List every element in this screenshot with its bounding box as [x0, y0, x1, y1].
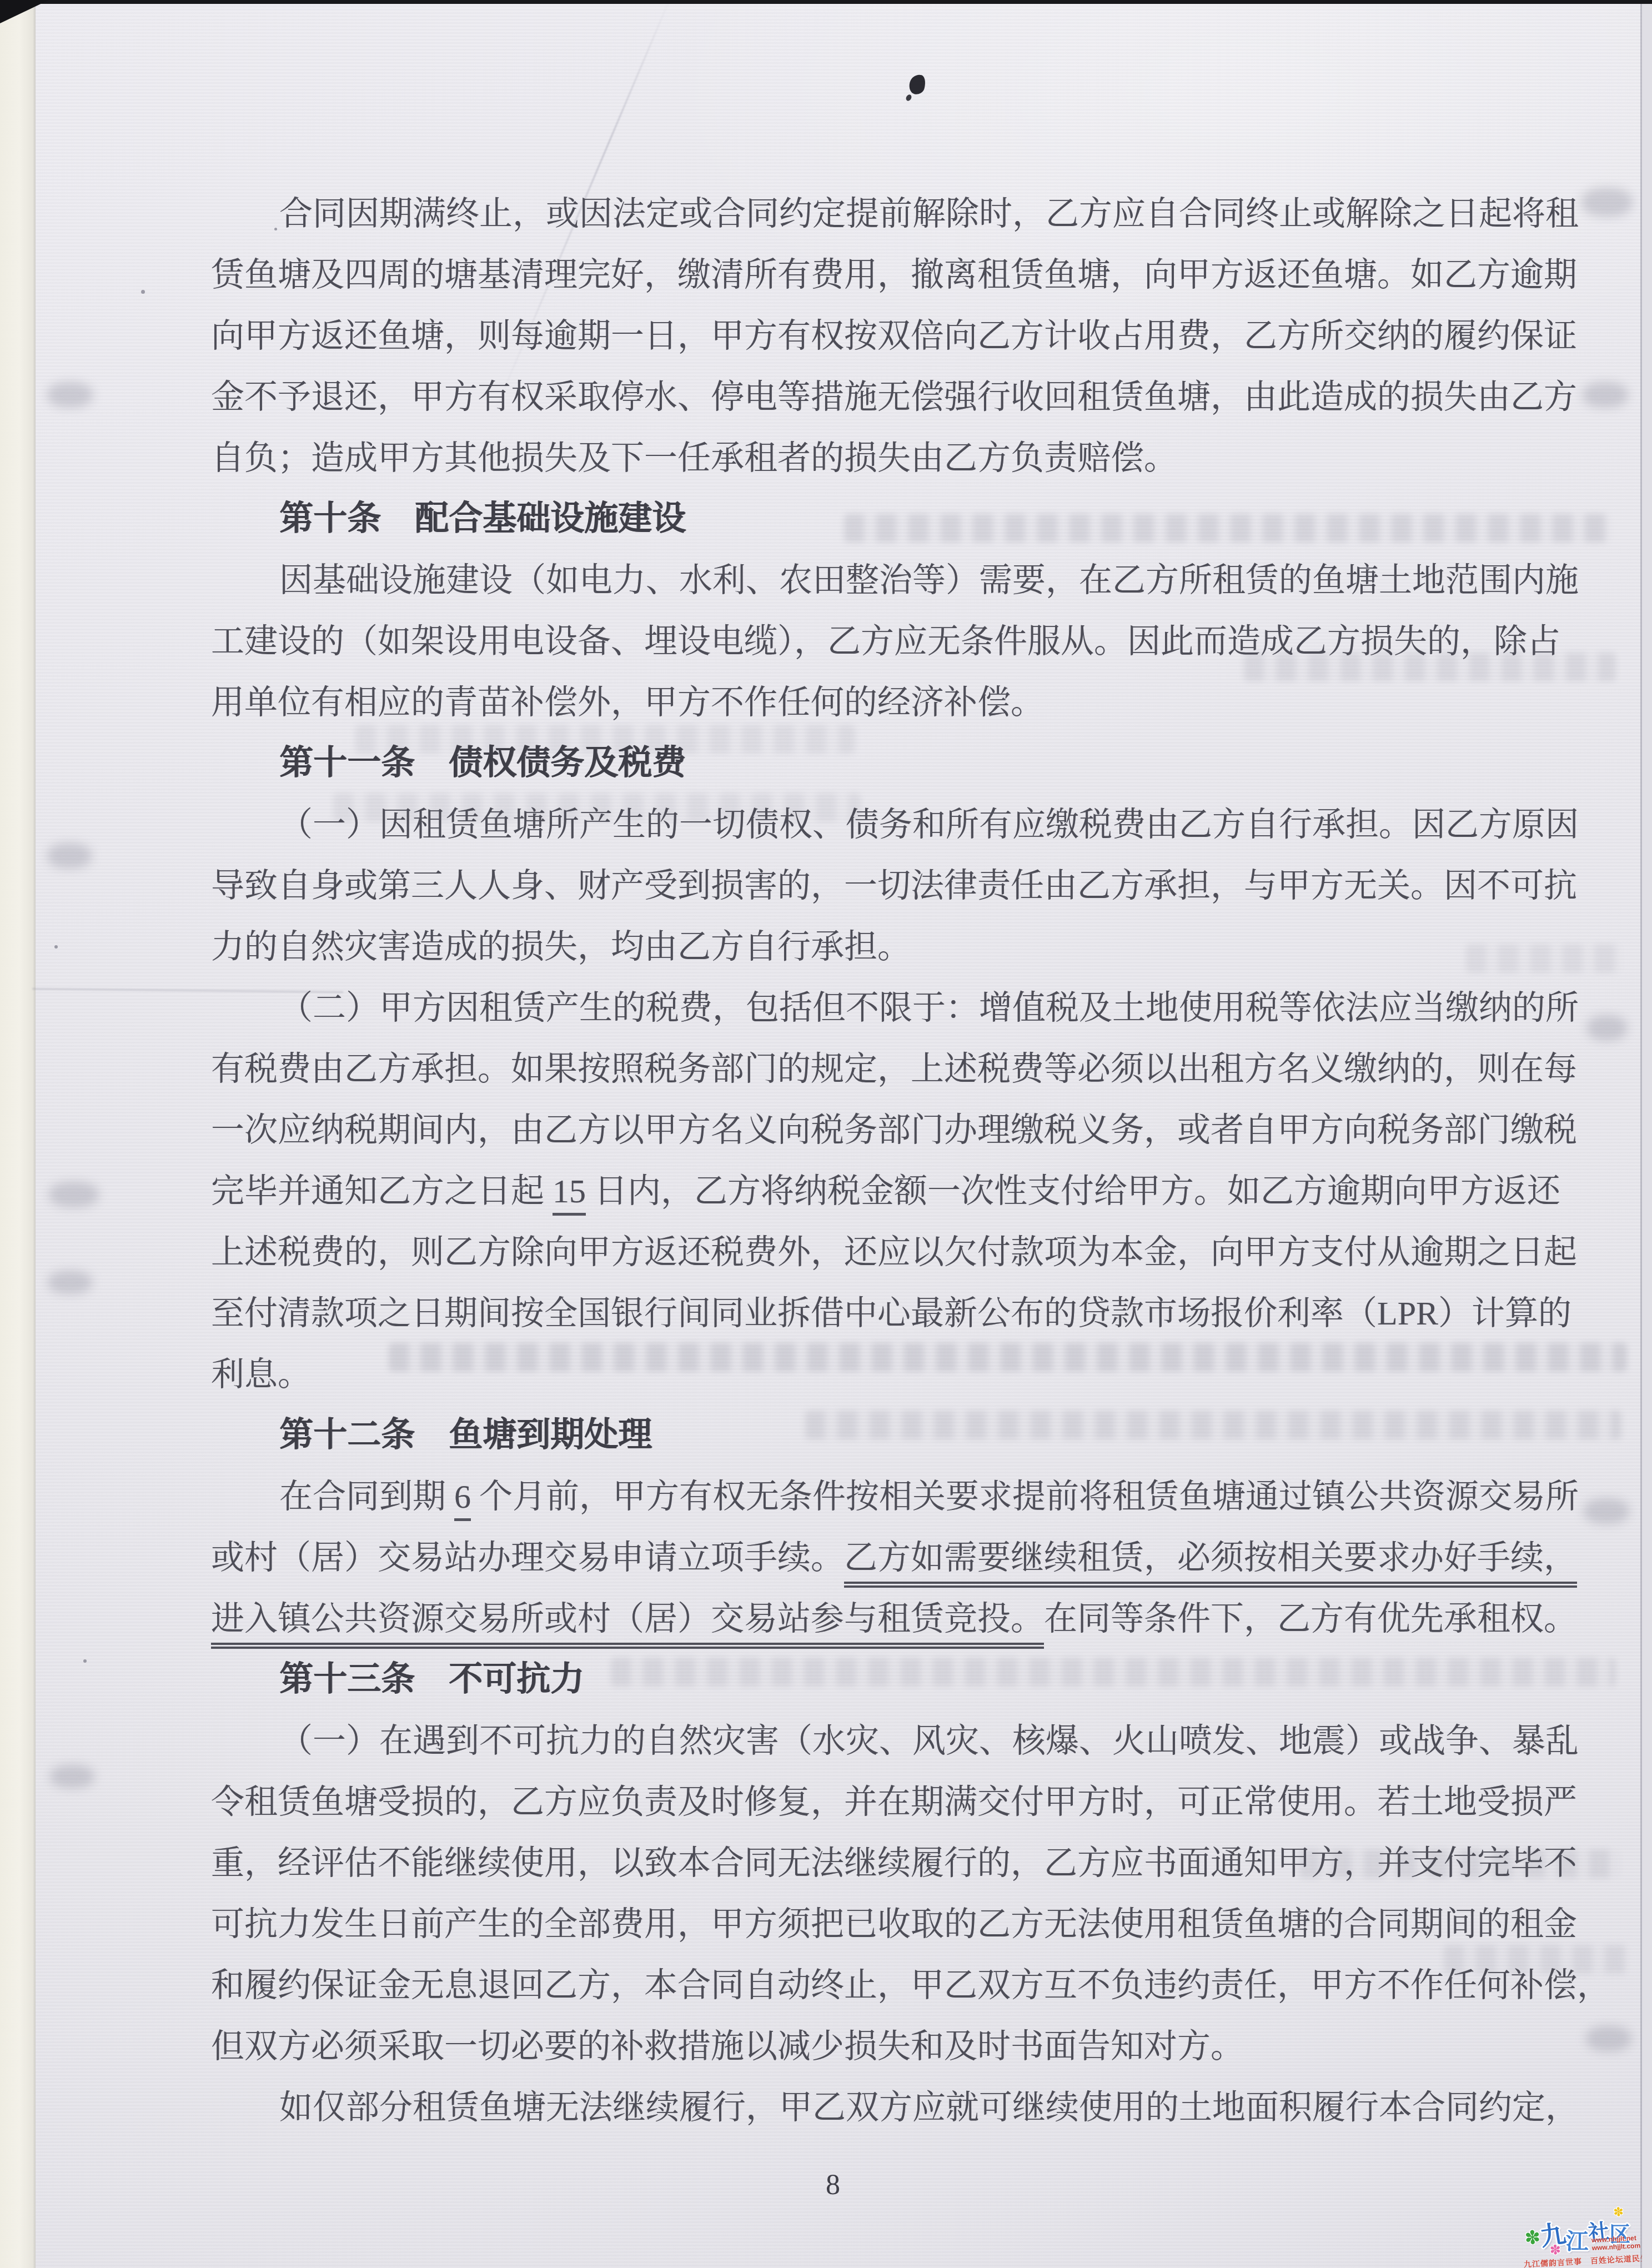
text-segment: 导致自身或第三人人身、财产受到损害的，一切法律责任由乙方承担，与甲方无关。因不可… [211, 867, 1577, 904]
paper-speck [141, 290, 145, 294]
text-segment: 有税费由乙方承担。如果按照税务部门的规定，上述税费等必须以出租方名义缴纳的，则在… [211, 1051, 1577, 1087]
watermark-character: 江 [1565, 2223, 1589, 2256]
bleedthrough-smudge [50, 1765, 94, 1788]
page-right-margin [1642, 0, 1652, 2268]
contract-line: 自负；造成甲方其他损失及下一任承租者的损失由乙方负责赔偿。 [211, 428, 1585, 489]
contract-line: 一次应纳税期间内，由乙方以甲方名义向税务部门办理缴税义务，或者自甲方向税务部门缴… [211, 1100, 1585, 1161]
contract-line: 工建设的（如架设用电设备、埋设电缆），乙方应无条件服从。因此而造成乙方损失的，除… [211, 611, 1585, 672]
text-segment: （二）甲方因租赁产生的税费，包括但不限于：增值税及土地使用税等依法应当缴纳的所 [279, 990, 1579, 1026]
contract-line: 重，经评估不能继续使用，以致本合同无法继续履行的，乙方应书面通知甲方，并支付完毕… [211, 1833, 1585, 1894]
text-segment: 可抗力发生日前产生的全部费用，甲方须把已收取的乙方无法使用租赁鱼塘的合同期间的租… [211, 1906, 1577, 1943]
paper-speck [54, 945, 58, 949]
contract-line: （一）在遇到不可抗力的自然灾害（水灾、风灾、核爆、火山喷发、地震）或战争、暴乱 [211, 1710, 1585, 1772]
bleedthrough-smudge [1581, 188, 1633, 217]
bleedthrough-smudge [1584, 1498, 1629, 1524]
text-segment: 一次应纳税期间内，由乙方以甲方名义向税务部门办理缴税义务，或者自甲方向税务部门缴… [211, 1112, 1577, 1148]
contract-line: 进入镇公共资源交易所或村（居）交易站参与租赁竞投。在同等条件下，乙方有优先承租权… [211, 1588, 1585, 1649]
text-segment: 重，经评估不能继续使用，以致本合同无法继续履行的，乙方应书面通知甲方，并支付完毕… [211, 1845, 1577, 1881]
contract-line: 令租赁鱼塘受损的，乙方应负责及时修复，并在期满交付甲方时，可正常使用。若土地受损… [211, 1772, 1585, 1833]
text-segment: 第十条 配合基础设施建设 [279, 500, 686, 538]
underlined-text: 乙方如需要继续租赁，必须按相关要求办好手续， [844, 1539, 1577, 1588]
scanner-corner-shadow [0, 0, 49, 23]
text-segment: 如仅部分租赁鱼塘无法继续履行，甲乙双方应就可继续使用的土地面积履行本合同约定， [279, 2089, 1579, 2126]
article-heading: 第十三条 不可抗力 [211, 1649, 1585, 1710]
text-segment: 第十三条 不可抗力 [279, 1661, 584, 1698]
scanned-contract-page: 合同因期满终止，或因法定或合同约定提前解除时，乙方应自合同终止或解除之日起将租赁… [0, 0, 1652, 2268]
text-segment: 令租赁鱼塘受损的，乙方应负责及时修复，并在期满交付甲方时，可正常使用。若土地受损… [211, 1784, 1577, 1820]
contract-line: 合同因期满终止，或因法定或合同约定提前解除时，乙方应自合同终止或解除之日起将租 [211, 183, 1585, 244]
text-segment: 向甲方返还鱼塘，则每逾期一日，甲方有权按双倍向乙方计收占用费，乙方所交纳的履约保… [211, 318, 1577, 354]
bleedthrough-smudge [48, 1271, 92, 1294]
bleedthrough-smudge [49, 1182, 99, 1207]
text-segment: 赁鱼塘及四周的塘基清理完好，缴清所有费用，撤离租赁鱼塘，向甲方返还鱼塘。如乙方逾… [211, 257, 1577, 293]
contract-line: 如仅部分租赁鱼塘无法继续履行，甲乙双方应就可继续使用的土地面积履行本合同约定， [211, 2077, 1585, 2138]
contract-line: 用单位有相应的青苗补偿外，甲方不作任何的经济补偿。 [211, 672, 1585, 733]
contract-line: 上述税费的，则乙方除向甲方返还税费外，还应以欠付款项为本金，向甲方支付从逾期之日… [211, 1222, 1585, 1283]
contract-line: 导致自身或第三人人身、财产受到损害的，一切法律责任由乙方承担，与甲方无关。因不可… [211, 855, 1585, 916]
contract-line: 金不予退还，甲方有权采取停水、停电等措施无偿强行收回租赁鱼塘，由此造成的损失由乙… [211, 367, 1585, 428]
bleedthrough-smudge [47, 382, 93, 408]
text-segment: 第十一条 债权债务及税费 [279, 745, 686, 782]
underlined-text: 15 [553, 1173, 586, 1216]
contract-line: 或村（居）交易站办理交易申请立项手续。乙方如需要继续租赁，必须按相关要求办好手续… [211, 1527, 1585, 1588]
text-segment: 自负；造成甲方其他损失及下一任承租者的损失由乙方负责赔偿。 [211, 440, 1177, 476]
text-segment: 在同等条件下，乙方有优先承租权。 [1044, 1600, 1577, 1637]
underlined-text: 进入镇公共资源交易所或村（居）交易站参与租赁竞投。 [211, 1600, 1044, 1649]
contract-line: 和履约保证金无息退回乙方，本合同自动终止，甲乙双方互不负违约责任，甲方不作任何补… [211, 1955, 1585, 2016]
page-number: 8 [811, 2169, 855, 2201]
text-segment: 金不予退还，甲方有权采取停水、停电等措施无偿强行收回租赁鱼塘，由此造成的损失由乙… [211, 379, 1577, 415]
text-segment: 用单位有相应的青苗补偿外，甲方不作任何的经济补偿。 [211, 684, 1044, 721]
text-segment: 日内，乙方将纳税金额一次性支付给甲方。如乙方逾期向甲方返还 [586, 1173, 1560, 1210]
contract-line: 赁鱼塘及四周的塘基清理完好，缴清所有费用，撤离租赁鱼塘，向甲方返还鱼塘。如乙方逾… [211, 244, 1585, 305]
contract-line: （一）因租赁鱼塘所产生的一切债权、债务和所有应缴税费由乙方自行承担。因乙方原因 [211, 794, 1585, 855]
text-segment: （一）在遇到不可抗力的自然灾害（水灾、风灾、核爆、火山喷发、地震）或战争、暴乱 [279, 1723, 1579, 1759]
text-segment: 力的自然灾害造成的损失，均由乙方自行承担。 [211, 929, 911, 965]
text-segment: 个月前，甲方有权无条件按相关要求提前将租赁鱼塘通过镇公共资源交易所 [471, 1478, 1579, 1515]
text-segment: 至付清款项之日期间按全国银行间同业拆借中心最新公布的贷款市场报价利率（LPR）计… [211, 1295, 1571, 1332]
text-segment: 但双方必须采取一切必要的补救措施以减少损失和及时书面告知对方。 [211, 2028, 1244, 2065]
contract-line: 但双方必须采取一切必要的补救措施以减少损失和及时书面告知对方。 [211, 2016, 1585, 2077]
text-segment: 和履约保证金无息退回乙方，本合同自动终止，甲乙双方互不负违约责任，甲方不作任何补… [211, 1967, 1610, 2004]
contract-line: 因基础设施建设（如电力、水利、农田整治等）需要，在乙方所租赁的鱼塘土地范围内施 [211, 550, 1585, 611]
article-heading: 第十条 配合基础设施建设 [211, 489, 1585, 550]
bleedthrough-smudge [1587, 1015, 1627, 1041]
bleedthrough-smudge [47, 843, 92, 869]
text-segment: 或村（居）交易站办理交易申请立项手续。 [211, 1539, 844, 1576]
bleedthrough-smudge [1586, 2026, 1631, 2051]
contract-line: （二）甲方因租赁产生的税费，包括但不限于：增值税及土地使用税等依法应当缴纳的所 [211, 977, 1585, 1038]
text-segment: 合同因期满终止，或因法定或合同约定提前解除时，乙方应自合同终止或解除之日起将租 [279, 195, 1579, 232]
contract-line: 至付清款项之日期间按全国银行间同业拆借中心最新公布的贷款市场报价利率（LPR）计… [211, 1283, 1585, 1344]
contract-line: 完毕并通知乙方之日起 15 日内，乙方将纳税金额一次性支付给甲方。如乙方逾期向甲… [211, 1161, 1585, 1222]
contract-line: 向甲方返还鱼塘，则每逾期一日，甲方有权按双倍向乙方计收占用费，乙方所交纳的履约保… [211, 305, 1585, 367]
contract-line: 可抗力发生日前产生的全部费用，甲方须把已收取的乙方无法使用租赁鱼塘的合同期间的租… [211, 1894, 1585, 1955]
flower-icon: ✽ [1524, 2228, 1541, 2247]
contract-line: 有税费由乙方承担。如果按照税务部门的规定，上述税费等必须以出租方名义缴纳的，则在… [211, 1038, 1585, 1100]
bleedthrough-smudge [1583, 382, 1628, 408]
text-segment: 工建设的（如架设用电设备、埋设电缆），乙方应无条件服从。因此而造成乙方损失的，除… [211, 623, 1560, 660]
underlined-text: 6 [454, 1478, 471, 1521]
paper-speck [83, 1659, 87, 1663]
scanner-top-edge [0, 0, 1652, 4]
text-segment: 完毕并通知乙方之日起 [211, 1173, 553, 1210]
watermark-urls: www.nhjjlt.net www.nhjjlt.com [1591, 2234, 1641, 2252]
page-right-edge [1640, 0, 1642, 2268]
forum-watermark: ✽ ✽ ✽ 九江社区 www.nhjjlt.net www.nhjjlt.com… [1525, 2210, 1652, 2268]
article-heading: 第十二条 鱼塘到期处理 [211, 1405, 1585, 1466]
text-segment: 第十二条 鱼塘到期处理 [279, 1417, 652, 1454]
contract-line: 力的自然灾害造成的损失，均由乙方自行承担。 [211, 916, 1585, 977]
text-segment: 利息。 [211, 1356, 311, 1393]
article-heading: 第十一条 债权债务及税费 [211, 733, 1585, 794]
contract-body: 合同因期满终止，或因法定或合同约定提前解除时，乙方应自合同终止或解除之日起将租赁… [211, 183, 1585, 2138]
watermark-character: 九 [1537, 2214, 1568, 2254]
scanner-edge-strip [0, 0, 36, 2268]
text-segment: （一）因租赁鱼塘所产生的一切债权、债务和所有应缴税费由乙方自行承担。因乙方原因 [279, 806, 1579, 843]
text-segment: 上述税费的，则乙方除向甲方返还税费外，还应以欠付款项为本金，向甲方支付从逾期之日… [211, 1234, 1577, 1271]
contract-line: 利息。 [211, 1344, 1585, 1405]
contract-line: 在合同到期 6 个月前，甲方有权无条件按相关要求提前将租赁鱼塘通过镇公共资源交易… [211, 1466, 1585, 1527]
text-segment: 在合同到期 [279, 1478, 454, 1515]
text-segment: 因基础设施建设（如电力、水利、农田整治等）需要，在乙方所租赁的鱼塘土地范围内施 [279, 562, 1579, 599]
